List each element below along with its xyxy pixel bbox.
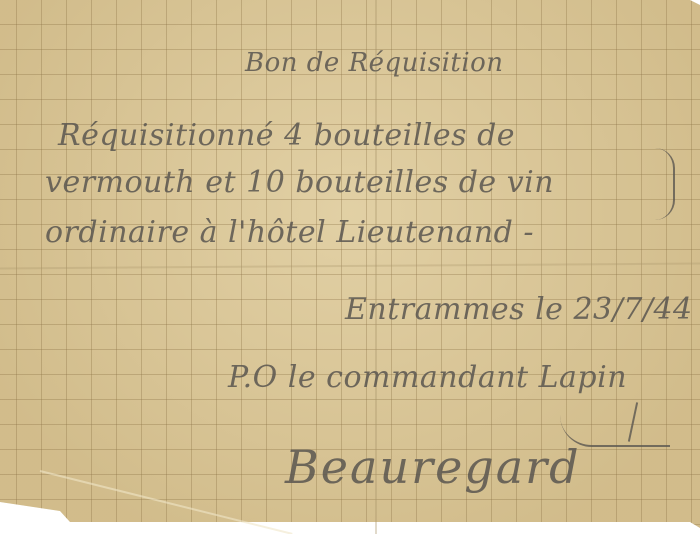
place-and-date: Entrammes le 23/7/44 (345, 292, 693, 327)
body-line-2: vermouth et 10 bouteilles de vin (45, 165, 554, 200)
signature: Beauregard (285, 440, 581, 494)
signature-flourish (560, 415, 670, 447)
body-line-3: ordinaire à l'hôtel Lieutenand - (45, 215, 534, 250)
bracket-mark (655, 148, 675, 220)
on-behalf-of-line: P.O le commandant Lapin (228, 360, 627, 395)
body-line-1: Réquisitionné 4 bouteilles de (58, 118, 515, 153)
document-title: Bon de Réquisition (245, 48, 504, 78)
